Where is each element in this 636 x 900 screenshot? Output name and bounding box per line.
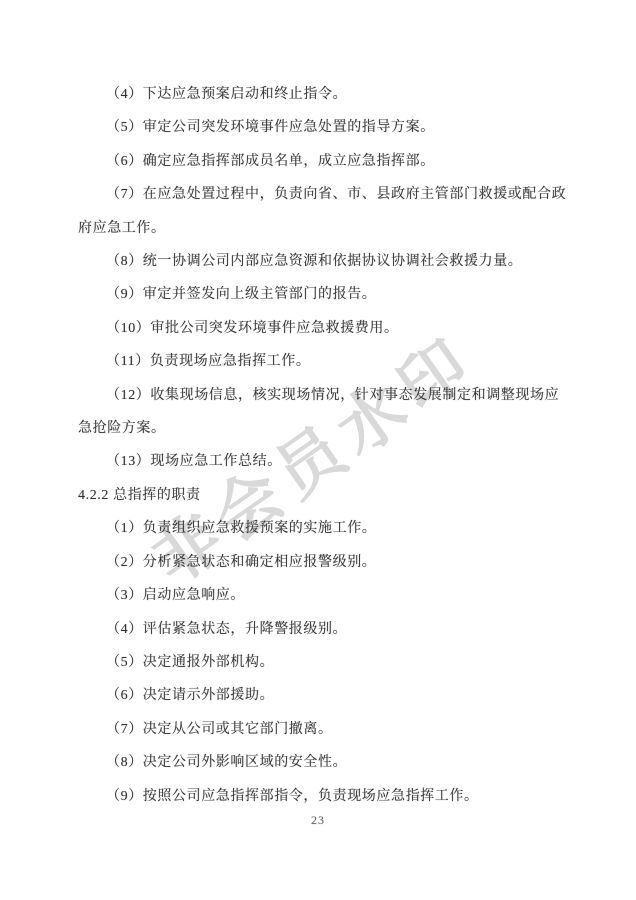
list-item: （4）下达应急预案启动和终止指令。: [78, 78, 568, 111]
list-item: （7）在应急处置过程中，负责向省、市、县政府主管部门救援或配合政府应急工作。: [78, 178, 568, 245]
list-item: （2）分析紧急状态和确定相应报警级别。: [78, 546, 568, 579]
list-item: （7）决定从公司或其它部门撤离。: [78, 713, 568, 746]
list-item: （13）现场应急工作总结。: [78, 445, 568, 478]
list-item: （11）负责现场应急指挥工作。: [78, 345, 568, 378]
list-item: （9）审定并签发向上级主管部门的报告。: [78, 278, 568, 311]
list-item: （3）启动应急响应。: [78, 579, 568, 612]
list-item: （5）审定公司突发环境事件应急处置的指导方案。: [78, 111, 568, 144]
list-item: （8）决定公司外影响区域的安全性。: [78, 746, 568, 779]
list-item: （6）决定请示外部援助。: [78, 679, 568, 712]
list-item: （1）负责组织应急救援预案的实施工作。: [78, 512, 568, 545]
list-item: （8）统一协调公司内部应急资源和依据协议协调社会救援力量。: [78, 245, 568, 278]
list-item: （10）审批公司突发环境事件应急救援费用。: [78, 312, 568, 345]
page-number: 23: [0, 813, 636, 828]
list-item: （5）决定通报外部机构。: [78, 646, 568, 679]
list-item: （4）评估紧急状态，升降警报级别。: [78, 613, 568, 646]
list-item: （6）确定应急指挥部成员名单，成立应急指挥部。: [78, 145, 568, 178]
document-page: 非会员水印 （4）下达应急预案启动和终止指令。（5）审定公司突发环境事件应急处置…: [0, 0, 636, 900]
list-item: （9）按照公司应急指挥部指令，负责现场应急指挥工作。: [78, 780, 568, 813]
document-content: （4）下达应急预案启动和终止指令。（5）审定公司突发环境事件应急处置的指导方案。…: [78, 78, 568, 813]
section-heading: 4.2.2 总指挥的职责: [78, 479, 568, 512]
list-item: （12）收集现场信息，核实现场情况，针对事态发展制定和调整现场应急抢险方案。: [78, 379, 568, 446]
